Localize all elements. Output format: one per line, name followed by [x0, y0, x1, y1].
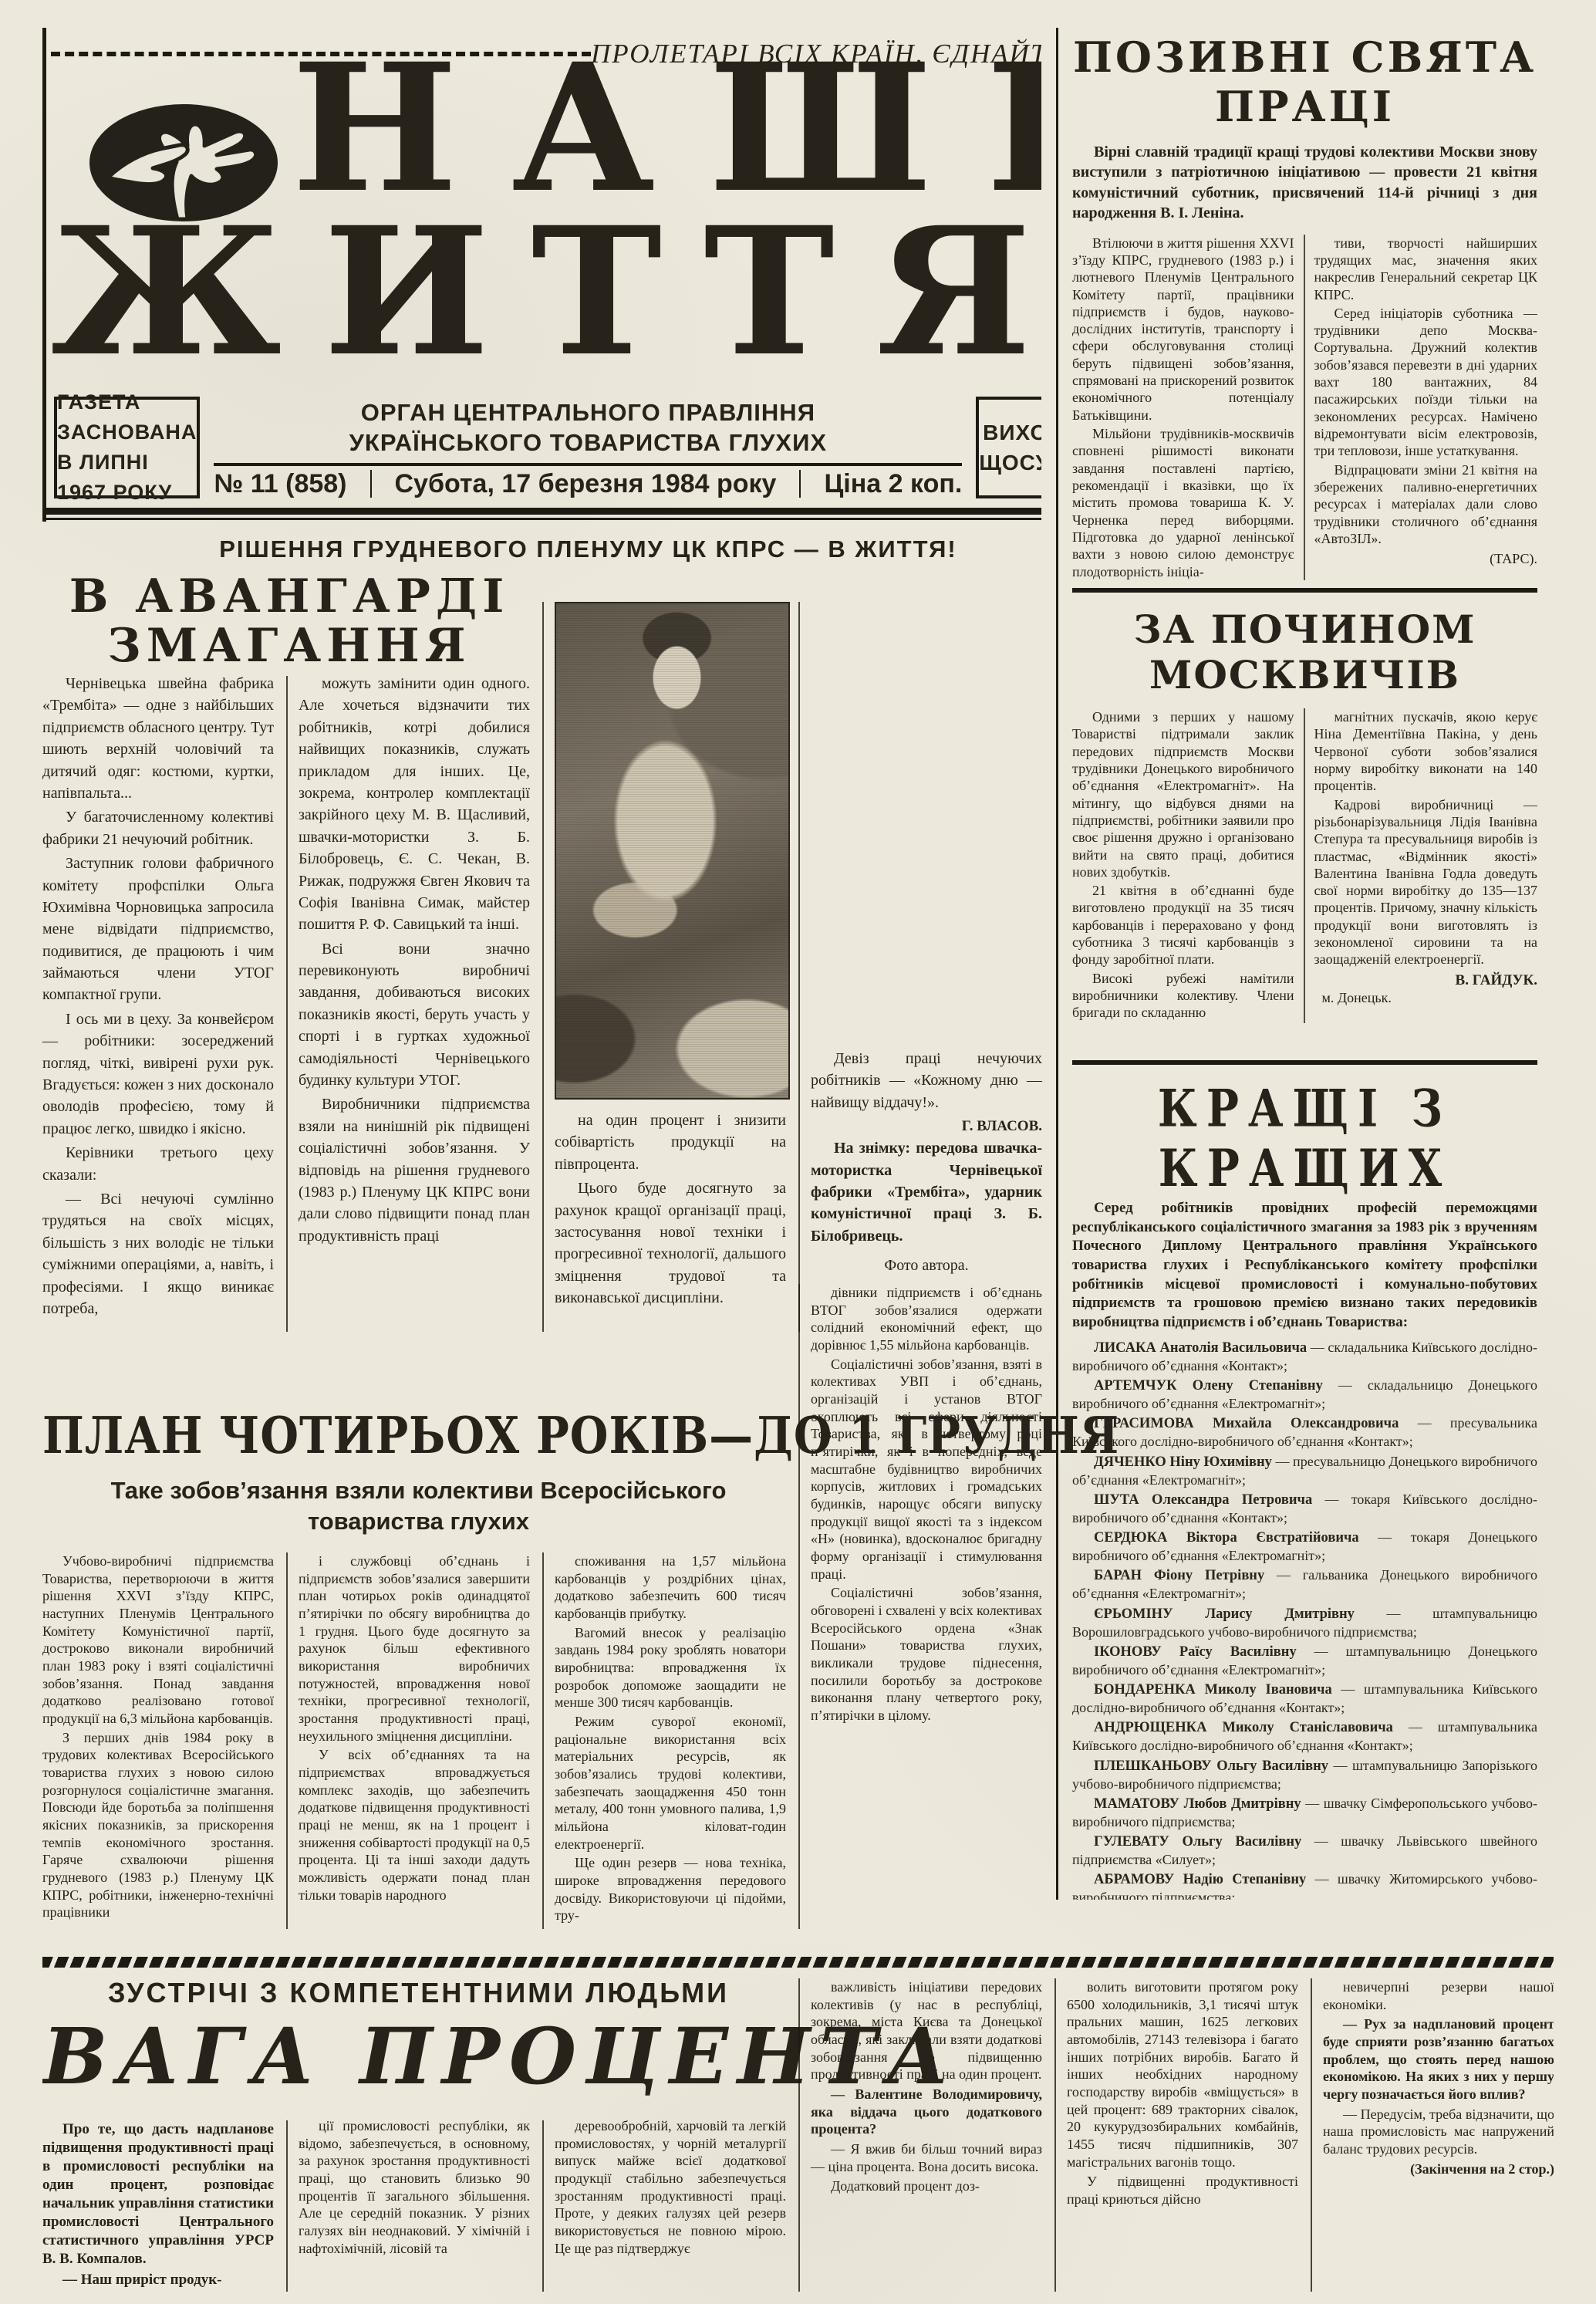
- article-headline: КРАЩІ З КРАЩИХ: [1072, 1079, 1537, 1199]
- photo-caption: На знімку: передова швачка-мотористка Че…: [811, 1137, 1042, 1247]
- chain-divider: [42, 1957, 1554, 1968]
- honoree-entry: ГУЛЕВАТУ Ольгу Василівну — швачку Львівс…: [1072, 1833, 1537, 1868]
- paragraph: — Всі нечуючі сумлінно трудяться на свої…: [42, 1188, 274, 1319]
- column-rule: [798, 1978, 800, 2292]
- paragraph: — Передусім, треба відзначити, що наша п…: [1323, 2106, 1554, 2158]
- article-column-3: на один процент і знизити собівартість п…: [555, 1110, 786, 1312]
- honoree-name: ГЕРАСИМОВА Михайла Олександровича: [1094, 1416, 1399, 1431]
- founded-box: ГАЗЕТА ЗАСНОВАНА В ЛИПНІ 1967 РОКУ: [54, 397, 200, 498]
- article-kicker: РІШЕННЯ ГРУДНЕВОГО ПЛЕНУМУ ЦК КПРС — В Ж…: [135, 535, 1041, 563]
- paragraph: Учбово-виробничі підприємства Товариства…: [42, 1552, 274, 1728]
- article-column-2: і службовці об’єднань і підприємств зобо…: [299, 1552, 530, 1905]
- paragraph: Всі вони значно перевиконують виробничі …: [299, 938, 530, 1092]
- organ-statement: ОРГАН ЦЕНТРАЛЬНОГО ПРАВЛІННЯ УКРАЇНСЬКОГ…: [214, 398, 962, 458]
- paragraph: Девіз праці нечуючих робітників — «Кожно…: [811, 1048, 1042, 1113]
- vertical-bar: [370, 470, 372, 498]
- article-column-5: волить виготовити протягом року 6500 хол…: [1067, 1978, 1298, 2211]
- honoree-entry: БОНДАРЕНКА Миколу Івановича — штампуваль…: [1072, 1681, 1537, 1716]
- headline-line2: ЗМАГАННЯ: [42, 622, 536, 671]
- column-rule: [542, 602, 544, 1332]
- article-intro: Серед робітників провідних професій пере…: [1072, 1199, 1537, 1333]
- honoree-name: АБРАМОВУ Надію Степанівну: [1094, 1872, 1306, 1887]
- issue-line: № 11 (858) Субота, 17 березня 1984 року …: [214, 469, 962, 502]
- paragraph: Серед ініціаторів суботника — трудівники…: [1314, 305, 1538, 460]
- column-rule: [286, 1552, 288, 1929]
- article-za-pochynom-moskvychiv: ЗА ПОЧИНОМ МОСКВИЧІВ Одними з перших у н…: [1072, 602, 1537, 1052]
- source-credit: (ТАРС).: [1314, 550, 1538, 567]
- column-rule: [1054, 1978, 1056, 2292]
- issue-date: Субота, 17 березня 1984 року: [395, 469, 777, 499]
- paragraph: Високі рубежі намітили виробничники коле…: [1072, 970, 1294, 1022]
- honoree-name: АНДРЮЩЕНКА Миколу Станіславовича: [1094, 1720, 1393, 1735]
- section-rule: [1072, 588, 1537, 593]
- honoree-name: ГУЛЕВАТУ Ольгу Василівну: [1094, 1834, 1301, 1850]
- paragraph: Режим суворої економії, раціональне вико…: [555, 1713, 786, 1853]
- honoree-entry: СЕРДЮКА Віктора Євстратійовича — токаря …: [1072, 1529, 1537, 1564]
- paragraph: Вагомий внесок у реалізацію завдань 1984…: [555, 1624, 786, 1711]
- paragraph: ції промисловості республіки, як відомо,…: [299, 2117, 530, 2257]
- honoree-name: ЛИСАКА Анатолія Васильовича: [1094, 1340, 1307, 1356]
- issue-price: Ціна 2 коп.: [824, 469, 962, 499]
- photo-credit: Фото автора.: [811, 1255, 1042, 1276]
- honoree-name: ШУТА Олександра Петровича: [1094, 1492, 1312, 1508]
- two-column-block: Втілюючи в життя рішення XXVI з’їзду КПР…: [1072, 235, 1537, 580]
- honoree-name: МАМАТОВУ Любов Дмитрівну: [1094, 1796, 1301, 1812]
- paragraph: — Я вжив би більш точний вираз — ціна пр…: [811, 2140, 1042, 2175]
- vertical-bar: [799, 470, 801, 498]
- paragraph: Відпрацювати зміни 21 квітня на збережен…: [1314, 461, 1538, 548]
- article-column-1: Учбово-виробничі підприємства Товариства…: [42, 1552, 274, 1923]
- article-column-4: важливість ініціативи передових колектив…: [811, 1978, 1042, 2198]
- article-column-1: Втілюючи в життя рішення XXVI з’їзду КПР…: [1072, 235, 1305, 580]
- paragraph: Соціалістичні зобов’язання, обговорені і…: [811, 1584, 1042, 1724]
- article-column-3: деревообробній, харчовій та легкій проми…: [555, 2117, 786, 2259]
- paragraph: — Рух за надплановий процент буде сприят…: [1323, 2015, 1554, 2103]
- paragraph: дівники підприємств і об’єднань ВТОГ зоб…: [811, 1284, 1042, 1354]
- continuation-note: (Закінчення на 2 стор.): [1323, 2160, 1554, 2178]
- two-column-block: Одними з перших у нашому Товаристві підт…: [1072, 708, 1537, 1023]
- article-kicker: ЗУСТРІЧІ З КОМПЕТЕНТНИМИ ЛЮДЬМИ: [42, 1977, 795, 2009]
- paragraph: Чернівецька швейна фабрика «Трембіта» — …: [42, 673, 274, 804]
- article-plan-chotyrokh-rokiv: ПЛАН ЧОТИРЬОХ РОКІВ—ДО 1 ГРУДНЯ Таке зоб…: [42, 1378, 1041, 1949]
- paragraph: споживання на 1,57 мільйона карбованців …: [555, 1552, 786, 1623]
- founded-line2: В ЛИПНІ 1967 РОКУ: [57, 448, 197, 508]
- article-column-3: споживання на 1,57 мільйона карбованців …: [555, 1552, 786, 1926]
- column-rule: [542, 1552, 544, 1929]
- article-lead: Вірні славній традиції кращі трудові кол…: [1072, 142, 1537, 224]
- paragraph: Цього буде досягнуто за рахунок кращої о…: [555, 1177, 786, 1309]
- paragraph: можуть замінити один одного. Але хочетьс…: [299, 673, 530, 936]
- frequency-line1: ВИХОДИТЬ: [983, 417, 1041, 448]
- right-column: ПОЗИВНІ СВЯТА ПРАЦІ Вірні славній традиц…: [1056, 28, 1537, 1900]
- honoree-entry: ГЕРАСИМОВА Михайла Олександровича — прес…: [1072, 1414, 1537, 1450]
- paragraph: У підвищенні продуктивності праці криють…: [1067, 2173, 1298, 2208]
- article-column-6: невичерпні резерви нашої економіки. — Ру…: [1323, 1978, 1554, 2180]
- article-column-1: Чернівецька швейна фабрика «Трембіта» — …: [42, 673, 274, 1322]
- column-rule: [286, 676, 288, 1332]
- article-column-2: магнітних пускачів, якою керує Ніна Деме…: [1305, 708, 1538, 1023]
- organ-line2: УКРАЇНСЬКОГО ТОВАРИСТВА ГЛУХИХ: [214, 428, 962, 458]
- paragraph: У багаточисленному колективі фабрики 21 …: [42, 806, 274, 850]
- founded-line1: ГАЗЕТА ЗАСНОВАНА: [57, 387, 197, 448]
- article-headline: ЗА ПОЧИНОМ МОСКВИЧІВ: [1072, 606, 1537, 698]
- paragraph: З перших днів 1984 року в трудових колек…: [42, 1729, 274, 1921]
- honoree-name: ЄРЬОМІНУ Ларису Дмитрівну: [1094, 1606, 1355, 1622]
- paragraph: — Валентине Володимировичу, яка віддача …: [811, 2086, 1042, 2138]
- honoree-name: СЕРДЮКА Віктора Євстратійовича: [1094, 1530, 1359, 1546]
- paragraph: Втілюючи в життя рішення XXVI з’їзду КПР…: [1072, 235, 1294, 424]
- honoree-entry: ПЛЕШКАНЬОВУ Ольгу Василівну — штампуваль…: [1072, 1757, 1537, 1792]
- newspaper-front-page: ПРОЛЕТАРІ ВСІХ КРАЇН, ЄДНАЙТЕСЯ! НАШЕ ЖИ…: [0, 0, 1596, 2304]
- masthead-middle: ОРГАН ЦЕНТРАЛЬНОГО ПРАВЛІННЯ УКРАЇНСЬКОГ…: [200, 397, 976, 498]
- photo-seamstress: [555, 602, 790, 1100]
- honoree-name: АРТЕМЧУК Олену Степанівну: [1094, 1378, 1323, 1394]
- paragraph: Ще один резерв — нова техніка, широке вп…: [555, 1854, 786, 1924]
- honoree-name: ПЛЕШКАНЬОВУ Ольгу Василівну: [1094, 1758, 1328, 1774]
- honoree-name: БОНДАРЕНКА Миколу Івановича: [1094, 1682, 1332, 1698]
- article-vaga-protsenta: ЗУСТРІЧІ З КОМПЕТЕНТНИМИ ЛЮДЬМИ ВАГА ПРО…: [42, 1974, 1554, 2298]
- frequency-box: ВИХОДИТЬ ЩОСУБОТИ: [976, 397, 1041, 498]
- horizontal-rule: [214, 463, 962, 466]
- paragraph: Додатковий процент доз-: [811, 2177, 1042, 2195]
- paragraph: невичерпні резерви нашої економіки.: [1323, 1978, 1554, 2013]
- article-headline: ПЛАН ЧОТИРЬОХ РОКІВ—ДО 1 ГРУДНЯ: [42, 1406, 795, 1465]
- honoree-entry: АРТЕМЧУК Олену Степанівну — складальницю…: [1072, 1377, 1537, 1412]
- honoree-entry: ЄРЬОМІНУ Ларису Дмитрівну — штампувальни…: [1072, 1605, 1537, 1640]
- paragraph: Кадрові виробничниці — різьбонарізувальн…: [1314, 796, 1538, 968]
- column-rule: [542, 2120, 544, 2292]
- paragraph: деревообробній, харчовій та легкій проми…: [555, 2117, 786, 2257]
- column-rule: [798, 1284, 800, 1929]
- paragraph: 21 квітня в об’єднанні буде виготовлено …: [1072, 882, 1294, 968]
- paragraph: Керівники третього цеху сказали:: [42, 1142, 274, 1186]
- column-rule: [1311, 1978, 1312, 2292]
- honoree-name: БАРАН Фіону Петрівну: [1094, 1568, 1264, 1583]
- paragraph: Заступник голови фабричного комітету про…: [42, 853, 274, 1006]
- article-v-avangardi-zmagannya: РІШЕННЯ ГРУДНЕВОГО ПЛЕНУМУ ЦК КПРС — В Ж…: [42, 522, 1041, 1378]
- dateline-place: м. Донецьк.: [1314, 989, 1538, 1006]
- paragraph: Мільйони трудівників-москвичів сповнені …: [1072, 425, 1294, 580]
- masthead-info-row: ГАЗЕТА ЗАСНОВАНА В ЛИПНІ 1967 РОКУ ОРГАН…: [54, 397, 1041, 498]
- honoree-entry: ДЯЧЕНКО Ніну Юхимівну — пресувальницю До…: [1072, 1453, 1537, 1488]
- column-rule: [798, 602, 800, 1332]
- article-column-4: дівники підприємств і об’єднань ВТОГ зоб…: [811, 1284, 1042, 1726]
- frequency-line2: ЩОСУБОТИ: [979, 448, 1041, 478]
- author-signature: Г. ВЛАСОВ.: [811, 1117, 1042, 1137]
- paragraph: на один процент і знизити собівартість п…: [555, 1110, 786, 1175]
- organ-line1: ОРГАН ЦЕНТРАЛЬНОГО ПРАВЛІННЯ: [214, 398, 962, 428]
- paragraph: магнітних пускачів, якою керує Ніна Деме…: [1314, 708, 1538, 795]
- article-column-2: тиви, творчості найширших трудящих мас, …: [1305, 235, 1538, 580]
- honoree-entry: АНДРЮЩЕНКА Миколу Станіславовича — штамп…: [1072, 1718, 1537, 1754]
- paragraph: Соціалістичні зобов’язання, взяті в коле…: [811, 1356, 1042, 1583]
- article-pozyvni-svyata-pratsi: ПОЗИВНІ СВЯТА ПРАЦІ Вірні славній традиц…: [1072, 28, 1537, 580]
- article-column-1: Про те, що дасть надпланове підвищення п…: [42, 2120, 274, 2291]
- paragraph: Виробничники підприємства взяли на ниніш…: [299, 1093, 530, 1247]
- masthead: ПРОЛЕТАРІ ВСІХ КРАЇН, ЄДНАЙТЕСЯ! НАШЕ ЖИ…: [42, 28, 1041, 522]
- honoree-entry: ШУТА Олександра Петровича — токаря Київс…: [1072, 1491, 1537, 1526]
- top-region: ПРОЛЕТАРІ ВСІХ КРАЇН, ЄДНАЙТЕСЯ! НАШЕ ЖИ…: [42, 28, 1554, 1949]
- article-column-1: Одними з перших у нашому Товаристві підт…: [1072, 708, 1305, 1023]
- paragraph: І ось ми в цеху. За конвейєром — робітни…: [42, 1008, 274, 1140]
- paragraph: Одними з перших у нашому Товаристві підт…: [1072, 708, 1294, 880]
- honoree-entry: ІКОНОВУ Раїсу Василівну — штампувальницю…: [1072, 1643, 1537, 1678]
- article-column-2: ції промисловості республіки, як відомо,…: [299, 2117, 530, 2259]
- paragraph: і службовці об’єднань і підприємств зобо…: [299, 1552, 530, 1745]
- paragraph: Про те, що дасть надпланове підвищення п…: [42, 2120, 274, 2269]
- article-headline: В АВАНГАРДІ ЗМАГАННЯ: [42, 573, 536, 671]
- article-column-4: Девіз праці нечуючих робітників — «Кожно…: [811, 1048, 1042, 1279]
- honoree-entry: ЛИСАКА Анатолія Васильовича — складальни…: [1072, 1339, 1537, 1374]
- headline-line1: В АВАНГАРДІ: [42, 573, 536, 622]
- honoree-entry: БАРАН Фіону Петрівну — гальваника Донець…: [1072, 1566, 1537, 1602]
- honoree-entry: АБРАМОВУ Надію Степанівну — швачку Житом…: [1072, 1870, 1537, 1900]
- paragraph: тиви, творчості найширших трудящих мас, …: [1314, 235, 1538, 303]
- article-headline: ПОЗИВНІ СВЯТА ПРАЦІ: [1072, 32, 1537, 131]
- issue-number: № 11 (858): [214, 469, 346, 499]
- article-headline: ВАГА ПРОЦЕНТА: [42, 2011, 795, 2102]
- article-krashchi-z-krashchykh: КРАЩІ З КРАЩИХ Серед робітників провідни…: [1072, 1074, 1537, 1900]
- double-rule: [46, 508, 1041, 520]
- paragraph: — Наш приріст продук-: [42, 2271, 274, 2289]
- author-signature: В. ГАЙДУК.: [1314, 971, 1538, 990]
- paper-title-line2: ЖИТТЯ: [51, 204, 1041, 380]
- paragraph: важливість ініціативи передових колектив…: [811, 1978, 1042, 2083]
- article-column-2: можуть замінити один одного. Але хочетьс…: [299, 673, 530, 1249]
- paragraph: волить виготовити протягом року 6500 хол…: [1067, 1978, 1298, 2171]
- honoree-entry: МАМАТОВУ Любов Дмитрівну — швачку Сімфер…: [1072, 1795, 1537, 1830]
- left-main-area: ПРОЛЕТАРІ ВСІХ КРАЇН, ЄДНАЙТЕСЯ! НАШЕ ЖИ…: [42, 28, 1041, 1949]
- section-rule: [1072, 1060, 1537, 1065]
- honoree-name: ІКОНОВУ Раїсу Василівну: [1094, 1644, 1297, 1660]
- paragraph: У всіх об’єднаннях та на підприємствах в…: [299, 1746, 530, 1904]
- column-rule: [286, 2120, 288, 2292]
- article-subtitle: Таке зобов’язання взяли колективи Всерос…: [73, 1475, 764, 1538]
- honoree-name: ДЯЧЕНКО Ніну Юхимівну: [1094, 1454, 1272, 1470]
